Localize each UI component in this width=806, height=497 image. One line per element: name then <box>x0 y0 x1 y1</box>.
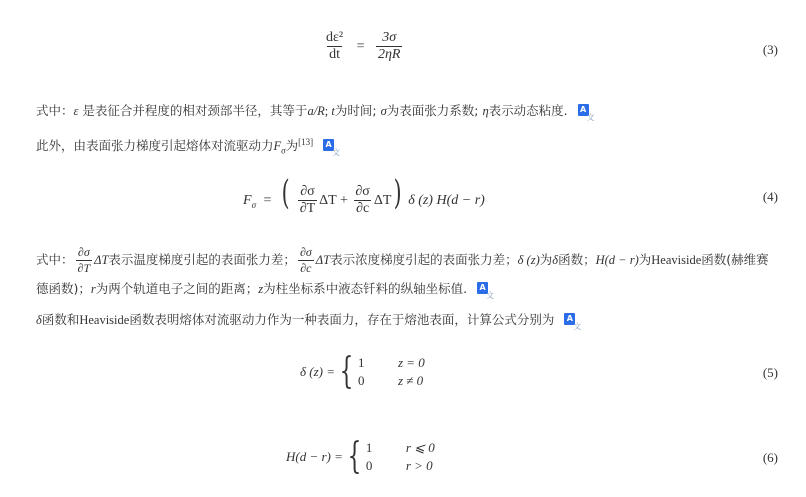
translate-icon-glyph: 文 <box>587 108 595 128</box>
denominator: dt <box>327 46 342 64</box>
left-paren: ( <box>282 176 290 210</box>
case-row: 1z = 0 <box>358 354 425 372</box>
text: 函数(赫维赛 <box>701 252 768 267</box>
text: 函数和 <box>42 312 80 327</box>
lhs: δ (z) = <box>300 364 335 380</box>
text: 为 <box>639 252 652 267</box>
text: 函数； <box>558 252 596 267</box>
case-value: 1 <box>358 354 398 372</box>
term: ΔT <box>319 193 336 208</box>
var-a-over-R: a/R <box>307 104 324 118</box>
cases: 1z = 0 0z ≠ 0 <box>358 354 425 390</box>
denominator: ∂c <box>298 260 313 275</box>
left-brace: { <box>340 354 354 390</box>
denominator: ∂T <box>76 260 93 275</box>
term: ΔT <box>94 253 108 267</box>
equation-5: δ (z) = { 1z = 0 0z ≠ 0 <box>300 354 425 390</box>
text: 为 <box>540 252 553 267</box>
text: 为时间; <box>335 103 381 118</box>
equation-3: dε² dt = 3σ 2ηR <box>322 30 404 64</box>
numerator: ∂σ <box>298 184 316 200</box>
denominator: ∂c <box>354 200 371 218</box>
tail-terms: δ (z) H(d − r) <box>408 193 485 208</box>
text: 表示浓度梯度引起的表面张力差； <box>330 252 518 267</box>
case-condition: r > 0 <box>406 457 433 475</box>
translate-icon[interactable]: A文 <box>564 313 580 328</box>
case-condition: z ≠ 0 <box>398 372 423 390</box>
case-value: 0 <box>366 457 406 475</box>
fraction-dsigma-dT: ∂σ∂T <box>76 246 93 275</box>
case-value: 1 <box>366 439 406 457</box>
numerator: ∂σ <box>298 246 314 260</box>
text: 表示动态粘度. <box>489 103 568 118</box>
numerator: dε² <box>324 30 345 46</box>
numerator: ∂σ <box>76 246 92 260</box>
fraction-2: ∂σ∂c <box>353 184 371 218</box>
paragraph-3: 式中：∂σ∂TΔT表示温度梯度引起的表面张力差；∂σ∂cΔT表示浓度梯度引起的表… <box>36 246 769 275</box>
var-delta-z: δ (z) <box>518 253 540 267</box>
right-paren: ) <box>394 176 402 210</box>
paragraph-3-line-2: 德函数)；r为两个轨道电子之间的距离；z为柱坐标系中液态钎料的纵轴坐标值. A文 <box>36 279 493 299</box>
equation-number-6: (6) <box>763 450 778 466</box>
left-brace: { <box>347 439 361 475</box>
translate-icon[interactable]: A文 <box>578 104 594 119</box>
equation-number-5: (5) <box>763 365 778 381</box>
fraction-dsigma-dc: ∂σ∂c <box>298 246 314 275</box>
text: 为两个轨道电子之间的距离； <box>96 281 259 296</box>
text: 此外，由表面张力梯度引起熔体对流驱动力 <box>36 138 274 153</box>
plus-sign: + <box>340 193 348 208</box>
case-condition: z = 0 <box>398 354 425 372</box>
text: 德函数)； <box>36 281 91 296</box>
case-condition: r ⩽ 0 <box>406 439 435 457</box>
case-value: 0 <box>358 372 398 390</box>
equation-4: Fσ = ( ∂σ∂TΔT + ∂σ∂cΔT) δ (z) H(d − r) <box>243 176 485 218</box>
text: Heaviside <box>79 313 129 327</box>
numerator: 3σ <box>380 30 398 46</box>
term: ΔT <box>374 193 392 208</box>
text: 式中： <box>36 252 74 267</box>
paragraph-2: 此外，由表面张力梯度引起熔体对流驱动力Fσ为[13] A文 <box>36 132 339 161</box>
text: 表示温度梯度引起的表面张力差； <box>108 252 296 267</box>
text: 函数表明熔体对流驱动力作为一种表面力，存在于熔池表面，计算公式分别为 <box>129 312 554 327</box>
var-F: F <box>243 193 252 208</box>
text: Heaviside <box>651 253 701 267</box>
var-F: F <box>274 139 282 153</box>
lhs: H(d − r) = <box>286 449 343 465</box>
text: 为表面张力系数; <box>387 103 483 118</box>
translate-icon[interactable]: A文 <box>477 282 493 297</box>
translate-icon-glyph: 文 <box>332 143 340 163</box>
paragraph-4: δ函数和Heaviside函数表明熔体对流驱动力作为一种表面力，存在于熔池表面，… <box>36 310 580 330</box>
equation-number-3: (3) <box>763 42 778 58</box>
case-row: 0r > 0 <box>366 457 435 475</box>
equals-sign: = <box>357 39 365 54</box>
var-H: H(d − r) <box>596 253 639 267</box>
equals-sign: = <box>264 193 272 208</box>
fraction-rhs: 3σ 2ηR <box>376 30 403 64</box>
denominator: 2ηR <box>376 46 403 64</box>
translate-icon[interactable]: A文 <box>323 139 339 154</box>
numerator: ∂σ <box>353 184 371 200</box>
text: 为柱坐标系中液态钎料的纵轴坐标值. <box>263 281 467 296</box>
var-F-subscript: σ <box>252 200 256 210</box>
cases: 1r ⩽ 0 0r > 0 <box>366 439 435 475</box>
text: 式中： <box>36 103 74 118</box>
denominator: ∂T <box>298 200 317 218</box>
translate-icon-glyph: 文 <box>486 286 494 306</box>
term: ΔT <box>316 253 330 267</box>
citation-link[interactable]: [13] <box>298 137 313 147</box>
fraction-lhs: dε² dt <box>324 30 345 64</box>
text: 是表征合并程度的相对颈部半径，其等于 <box>78 103 307 118</box>
fraction-1: ∂σ∂T <box>298 184 317 218</box>
translate-icon-glyph: 文 <box>573 317 581 337</box>
text: 为 <box>286 138 299 153</box>
equation-number-4: (4) <box>763 189 778 205</box>
equation-6: H(d − r) = { 1r ⩽ 0 0r > 0 <box>286 439 435 475</box>
case-row: 0z ≠ 0 <box>358 372 425 390</box>
case-row: 1r ⩽ 0 <box>366 439 435 457</box>
paragraph-1: 式中：ε 是表征合并程度的相对颈部半径，其等于a/R; t为时间; σ为表面张力… <box>36 101 594 121</box>
